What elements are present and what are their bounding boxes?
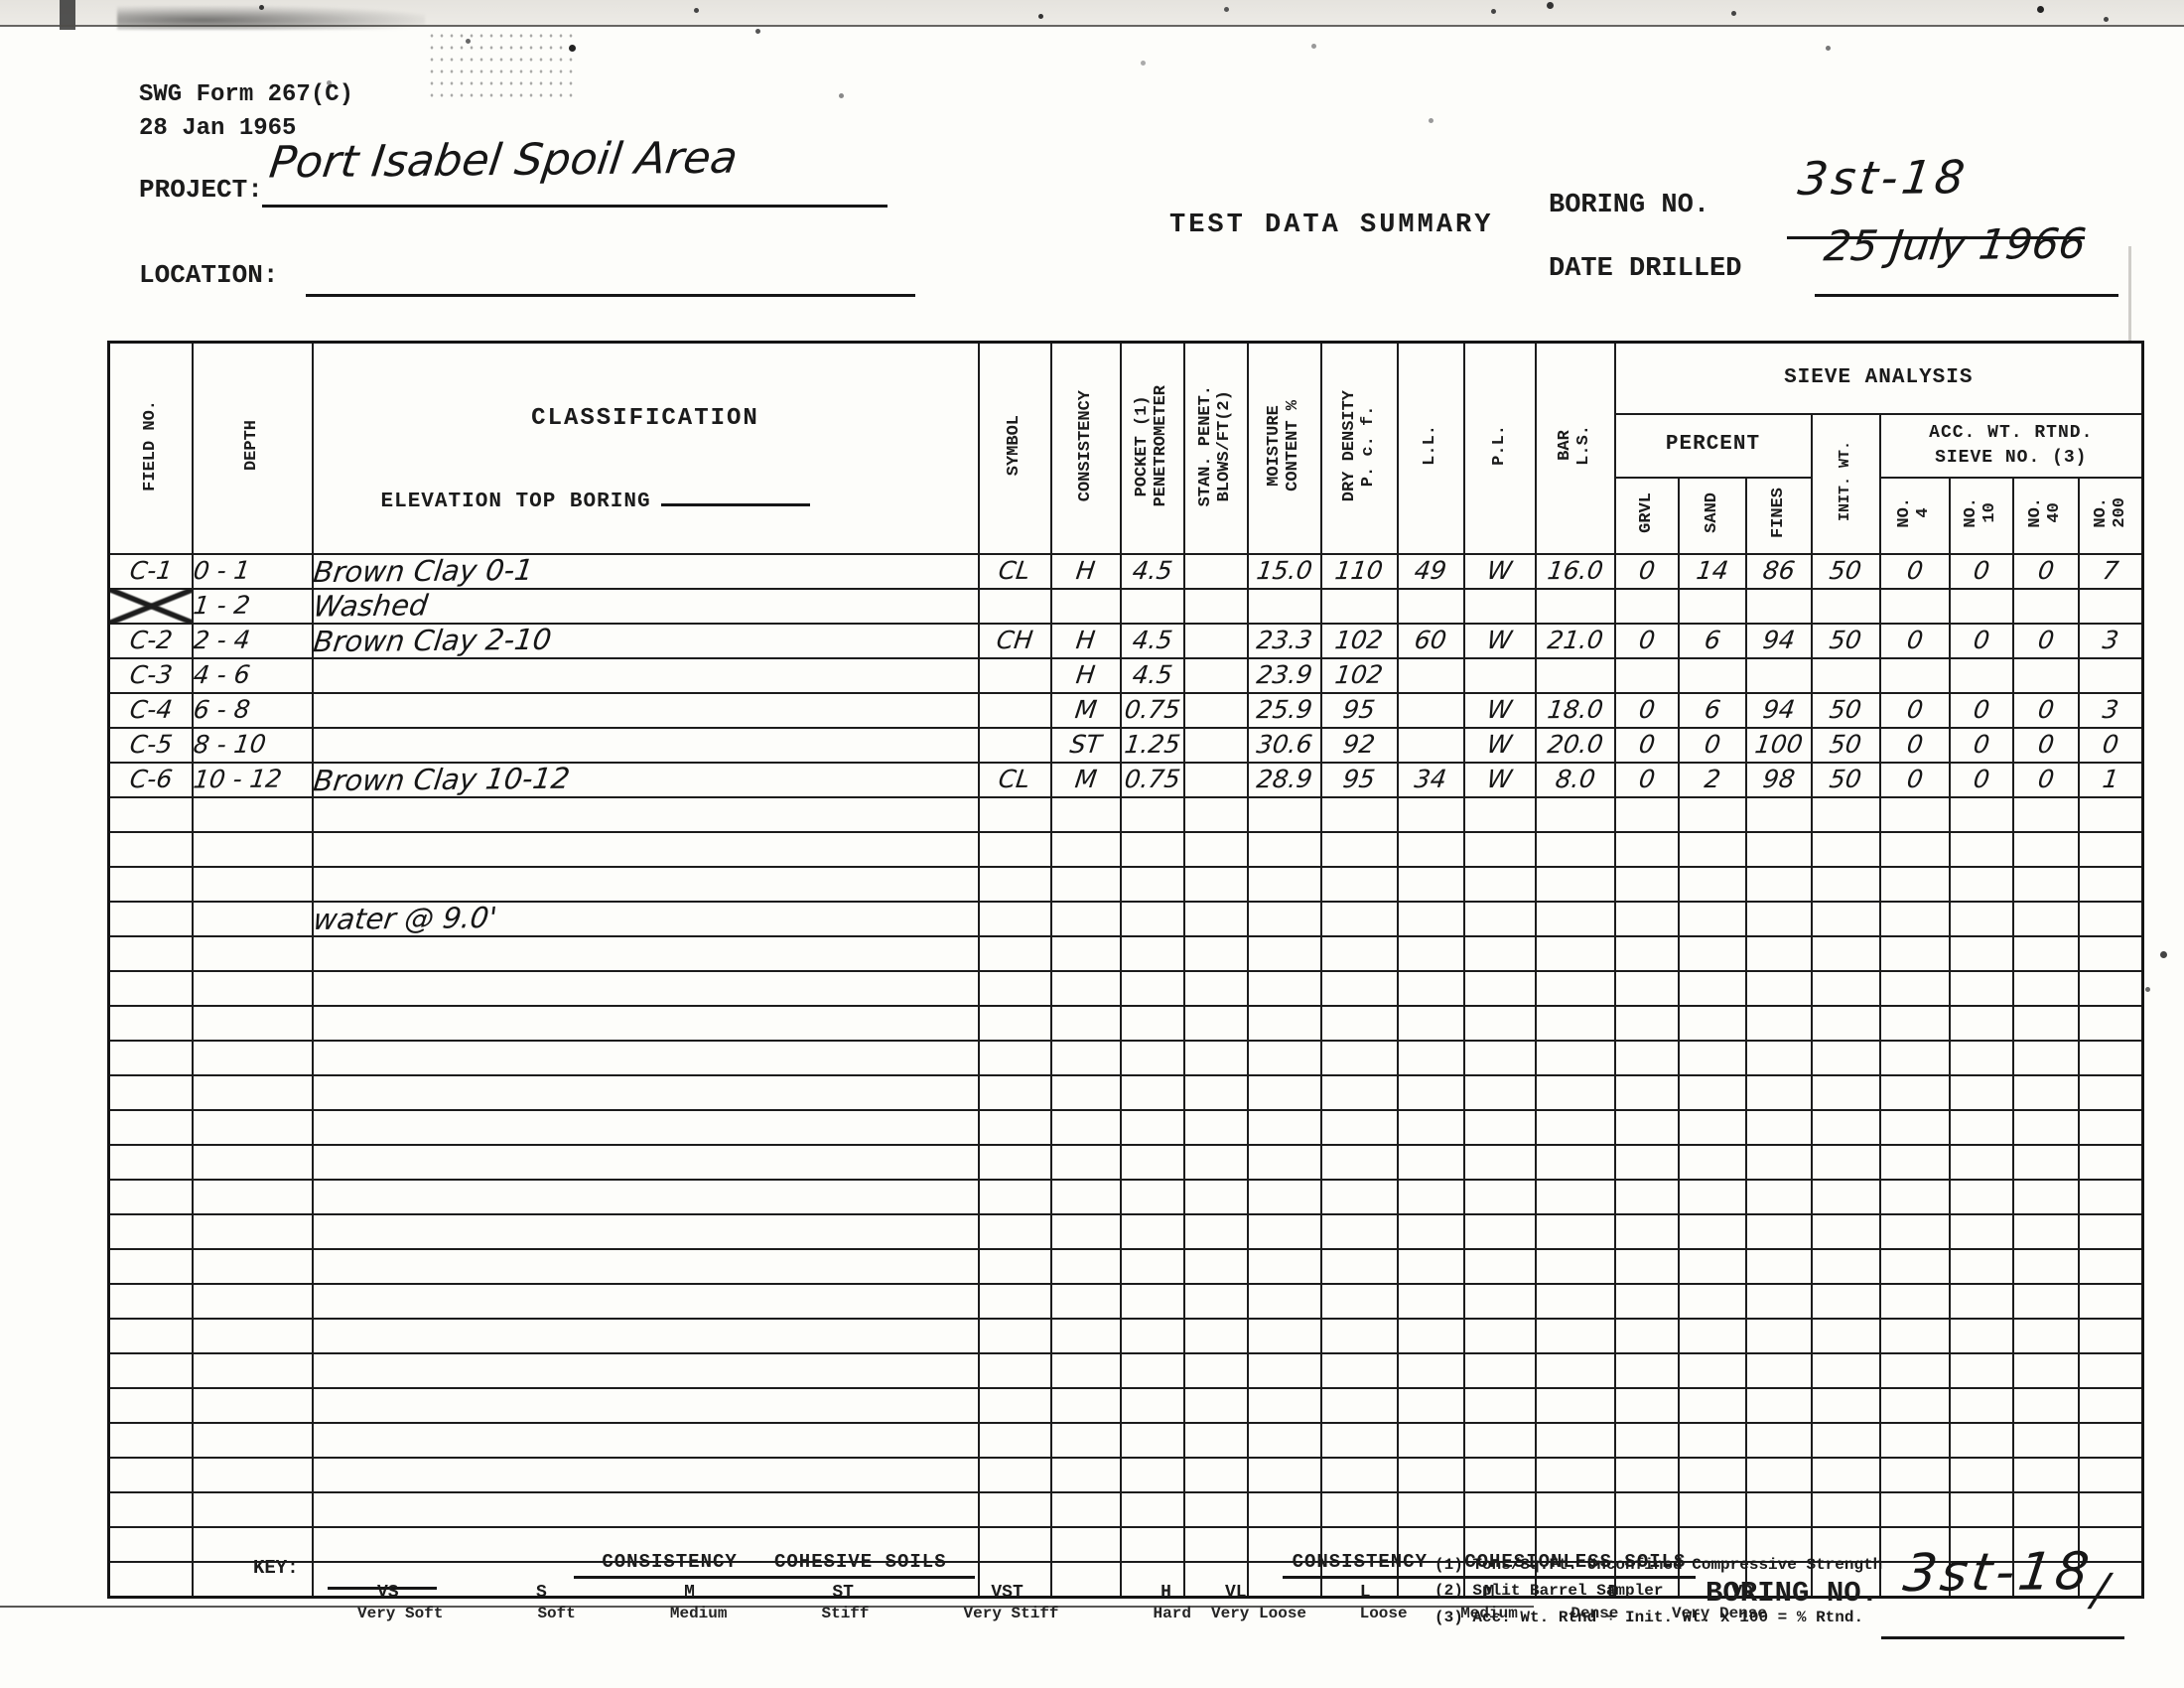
cell-moisture xyxy=(1248,1458,1321,1492)
cell-consistency: M xyxy=(1051,693,1121,728)
cell-moisture xyxy=(1248,589,1321,624)
cell-consistency xyxy=(1051,1110,1121,1145)
cell-field_no xyxy=(109,1527,193,1562)
cell-symbol xyxy=(979,1110,1051,1145)
location-label: LOCATION: xyxy=(139,260,278,290)
cell-bar xyxy=(1536,1180,1615,1214)
cell-init xyxy=(1812,1145,1880,1180)
cell-density xyxy=(1321,1180,1398,1214)
cell-bar xyxy=(1536,1110,1615,1145)
cell-field_no xyxy=(109,1145,193,1180)
cell-no200 xyxy=(2079,971,2143,1006)
table-row xyxy=(109,1110,2143,1145)
handwritten-value: 95 xyxy=(1341,766,1376,793)
cell-pocket xyxy=(1121,589,1184,624)
classification-title: CLASSIFICATION xyxy=(314,405,978,432)
cell-ll xyxy=(1398,693,1464,728)
cell-init xyxy=(1812,1006,1880,1041)
cell-no10 xyxy=(1950,832,2013,867)
cell-density xyxy=(1321,1353,1398,1388)
cell-init xyxy=(1812,1110,1880,1145)
col-header-stan-penet: STAN. PENET. BLOWS/FT(2) xyxy=(1184,343,1248,554)
cell-fines: 86 xyxy=(1746,554,1812,589)
cell-no200 xyxy=(2079,1145,2143,1180)
cell-sand xyxy=(1679,971,1746,1006)
cell-pl xyxy=(1464,1180,1536,1214)
cell-symbol: CL xyxy=(979,763,1051,797)
cell-stan xyxy=(1184,797,1248,832)
cell-classification xyxy=(313,1214,979,1249)
cell-depth xyxy=(193,1423,313,1458)
cell-no10 xyxy=(1950,1075,2013,1110)
cell-stan xyxy=(1184,658,1248,693)
cell-ll xyxy=(1398,658,1464,693)
handwritten-value: 50 xyxy=(1828,696,1862,724)
table-row xyxy=(109,1458,2143,1492)
cell-density xyxy=(1321,1006,1398,1041)
cell-density xyxy=(1321,867,1398,902)
cell-sand xyxy=(1679,1075,1746,1110)
cell-pocket xyxy=(1121,1145,1184,1180)
cell-sand xyxy=(1679,1180,1746,1214)
cell-no200 xyxy=(2079,797,2143,832)
project-underline xyxy=(262,205,887,208)
cell-stan xyxy=(1184,1041,1248,1075)
cell-sand xyxy=(1679,1249,1746,1284)
handwritten-value: 0 xyxy=(1637,696,1657,724)
cell-bar xyxy=(1536,1319,1615,1353)
boring-no-label: BORING NO. xyxy=(1549,191,1709,220)
cell-no40 xyxy=(2013,1075,2079,1110)
handwritten-value: C-2 xyxy=(128,627,174,654)
cell-consistency xyxy=(1051,1006,1121,1041)
handwritten-value: 0 xyxy=(2036,766,2056,793)
cell-fines xyxy=(1746,1075,1812,1110)
cell-no40: 0 xyxy=(2013,693,2079,728)
cell-symbol xyxy=(979,728,1051,763)
handwritten-value: 0.75 xyxy=(1123,766,1181,794)
cell-moisture xyxy=(1248,797,1321,832)
handwritten-value: 6 xyxy=(1703,627,1722,654)
handwritten-value: M xyxy=(1073,696,1098,724)
cell-no4: 0 xyxy=(1880,728,1950,763)
cell-pl xyxy=(1464,1249,1536,1284)
cell-no4 xyxy=(1880,797,1950,832)
elevation-label: ELEVATION TOP BORING xyxy=(381,491,651,513)
cell-classification xyxy=(313,1319,979,1353)
handwritten-value: W xyxy=(1485,557,1513,585)
key-label: KEY: xyxy=(253,1557,299,1579)
cell-pocket xyxy=(1121,797,1184,832)
cell-no200 xyxy=(2079,1041,2143,1075)
handwritten-value: 110 xyxy=(1333,557,1384,585)
consistency-code: VS xyxy=(377,1583,399,1603)
cell-symbol xyxy=(979,1492,1051,1527)
cell-field_no: C-6 xyxy=(109,763,193,797)
cell-init: 50 xyxy=(1812,693,1880,728)
handwritten-value: 0 xyxy=(1637,557,1657,585)
cell-no10: 0 xyxy=(1950,624,2013,658)
handwritten-value: 0 xyxy=(1905,731,1925,759)
cell-grvl xyxy=(1615,867,1679,902)
cell-no10 xyxy=(1950,1006,2013,1041)
cell-bar xyxy=(1536,1075,1615,1110)
cell-bar xyxy=(1536,1041,1615,1075)
handwritten-value: 100 xyxy=(1753,731,1804,759)
cell-symbol xyxy=(979,971,1051,1006)
cell-sand: 0 xyxy=(1679,728,1746,763)
handwritten-value: 1 - 2 xyxy=(192,592,251,621)
consistency-label: Stiff xyxy=(821,1605,869,1622)
cell-consistency xyxy=(1051,1180,1121,1214)
cell-depth xyxy=(193,1041,313,1075)
cell-sand: 6 xyxy=(1679,624,1746,658)
cell-pocket xyxy=(1121,936,1184,971)
cell-depth xyxy=(193,1180,313,1214)
sieve-analysis-header: SIEVE ANALYSIS xyxy=(1615,343,2143,414)
cell-fines xyxy=(1746,1110,1812,1145)
cell-bar: 21.0 xyxy=(1536,624,1615,658)
cell-field_no: C-5 xyxy=(109,728,193,763)
cell-depth xyxy=(193,1319,313,1353)
cell-ll xyxy=(1398,589,1464,624)
cell-no200 xyxy=(2079,1075,2143,1110)
handwritten-value: 0 xyxy=(2036,557,2056,585)
cell-consistency xyxy=(1051,1214,1121,1249)
cell-no4: 0 xyxy=(1880,624,1950,658)
cell-depth xyxy=(193,1284,313,1319)
handwritten-value: 4 - 6 xyxy=(192,661,251,690)
cell-symbol xyxy=(979,1458,1051,1492)
handwritten-value: 0 xyxy=(1637,731,1657,759)
cell-bar: 16.0 xyxy=(1536,554,1615,589)
table-row xyxy=(109,832,2143,867)
cell-stan xyxy=(1184,1353,1248,1388)
cell-moisture xyxy=(1248,1353,1321,1388)
handwritten-value: 23.9 xyxy=(1255,661,1313,690)
cell-fines xyxy=(1746,902,1812,936)
cell-fines xyxy=(1746,1284,1812,1319)
cell-symbol xyxy=(979,1353,1051,1388)
cell-fines xyxy=(1746,658,1812,693)
cell-no200 xyxy=(2079,1249,2143,1284)
table-row xyxy=(109,1353,2143,1388)
cell-grvl xyxy=(1615,1423,1679,1458)
cell-pocket xyxy=(1121,1006,1184,1041)
cell-fines xyxy=(1746,1458,1812,1492)
handwritten-value: 3 xyxy=(2101,627,2120,654)
handwritten-value: 0 xyxy=(1972,731,1991,759)
handwritten-value: 0 xyxy=(2036,627,2056,654)
cell-consistency xyxy=(1051,1249,1121,1284)
handwritten-value: 94 xyxy=(1761,696,1796,724)
cell-moisture: 15.0 xyxy=(1248,554,1321,589)
cell-ll xyxy=(1398,1075,1464,1110)
handwritten-value: 28.9 xyxy=(1255,766,1313,794)
cell-consistency xyxy=(1051,1353,1121,1388)
cell-moisture xyxy=(1248,1041,1321,1075)
cell-grvl xyxy=(1615,1492,1679,1527)
cell-no4 xyxy=(1880,1214,1950,1249)
cell-no10 xyxy=(1950,1353,2013,1388)
cell-classification xyxy=(313,658,979,693)
cell-no40 xyxy=(2013,1492,2079,1527)
cell-field_no xyxy=(109,1423,193,1458)
handwritten-value: ST xyxy=(1068,731,1103,759)
consistency-label: Loose xyxy=(1360,1605,1408,1622)
cell-classification: Brown Clay 2-10 xyxy=(313,624,979,658)
cell-density xyxy=(1321,589,1398,624)
consistency-code: L xyxy=(1360,1583,1371,1603)
handwritten-value: 0.75 xyxy=(1123,696,1181,725)
handwritten-value: 0 xyxy=(1972,627,1991,654)
cell-no4: 0 xyxy=(1880,554,1950,589)
cell-symbol: CH xyxy=(979,624,1051,658)
cell-consistency xyxy=(1051,1423,1121,1458)
table-row xyxy=(109,1041,2143,1075)
cell-classification: Washed xyxy=(313,589,979,624)
cell-ll xyxy=(1398,797,1464,832)
cell-sand xyxy=(1679,1492,1746,1527)
cell-symbol xyxy=(979,1214,1051,1249)
cell-depth: 0 - 1 xyxy=(193,554,313,589)
cell-pl xyxy=(1464,1145,1536,1180)
cell-no10 xyxy=(1950,1284,2013,1319)
cell-density xyxy=(1321,1041,1398,1075)
col-header-no10: NO. 10 xyxy=(1950,478,2013,554)
consistency-code: VST xyxy=(991,1583,1023,1603)
cell-no10 xyxy=(1950,1041,2013,1075)
cell-consistency xyxy=(1051,589,1121,624)
col-header-classification: CLASSIFICATION ELEVATION TOP BORING xyxy=(313,343,979,554)
cell-pocket xyxy=(1121,1214,1184,1249)
handwritten-value: W xyxy=(1485,766,1513,793)
cell-moisture: 23.9 xyxy=(1248,658,1321,693)
cell-init: 50 xyxy=(1812,763,1880,797)
cell-stan xyxy=(1184,1388,1248,1423)
table-body: C-10 - 1Brown Clay 0-1CLH4.515.011049W16… xyxy=(109,554,2143,1598)
cell-pl: W xyxy=(1464,554,1536,589)
cell-consistency xyxy=(1051,1041,1121,1075)
table-row xyxy=(109,1284,2143,1319)
cell-grvl xyxy=(1615,1214,1679,1249)
handwritten-value: 2 xyxy=(1703,766,1722,793)
cell-ll: 34 xyxy=(1398,763,1464,797)
cell-field_no xyxy=(109,797,193,832)
consistency-code: M xyxy=(684,1583,695,1603)
cell-depth xyxy=(193,971,313,1006)
cell-no4 xyxy=(1880,936,1950,971)
cell-no10 xyxy=(1950,658,2013,693)
cell-no40 xyxy=(2013,1353,2079,1388)
test-data-table: FIELD NO. DEPTH CLASSIFICATION ELEVATION… xyxy=(107,341,2144,1599)
handwritten-value: W xyxy=(1485,731,1513,759)
cell-sand: 6 xyxy=(1679,693,1746,728)
col-header-no200: NO. 200 xyxy=(2079,478,2143,554)
cell-moisture xyxy=(1248,1006,1321,1041)
cell-classification xyxy=(313,1075,979,1110)
handwritten-value: 94 xyxy=(1761,627,1796,654)
cell-init xyxy=(1812,1319,1880,1353)
handwritten-value: 0 xyxy=(1972,766,1991,793)
cell-pl xyxy=(1464,936,1536,971)
acc-wt-rtnd-header: ACC. WT. RTND. SIEVE NO. (3) xyxy=(1880,414,2143,478)
cell-moisture xyxy=(1248,1492,1321,1527)
cell-symbol xyxy=(979,1075,1051,1110)
cell-stan xyxy=(1184,902,1248,936)
cell-pocket xyxy=(1121,971,1184,1006)
cell-pocket: 1.25 xyxy=(1121,728,1184,763)
cell-grvl xyxy=(1615,832,1679,867)
cell-moisture xyxy=(1248,832,1321,867)
cell-depth xyxy=(193,1388,313,1423)
cell-no4 xyxy=(1880,902,1950,936)
cell-consistency xyxy=(1051,1145,1121,1180)
cell-stan xyxy=(1184,1249,1248,1284)
cell-grvl xyxy=(1615,971,1679,1006)
cell-sand xyxy=(1679,1319,1746,1353)
cell-ll xyxy=(1398,1423,1464,1458)
cell-bar xyxy=(1536,658,1615,693)
cell-ll xyxy=(1398,1492,1464,1527)
cell-field_no xyxy=(109,1180,193,1214)
cell-no200 xyxy=(2079,1423,2143,1458)
cell-moisture xyxy=(1248,902,1321,936)
handwritten-value: 34 xyxy=(1413,766,1447,793)
cell-pocket xyxy=(1121,1075,1184,1110)
cell-no40 xyxy=(2013,867,2079,902)
cell-ll xyxy=(1398,1006,1464,1041)
cell-pocket xyxy=(1121,902,1184,936)
cell-classification xyxy=(313,1249,979,1284)
cell-sand xyxy=(1679,1423,1746,1458)
cell-pl xyxy=(1464,832,1536,867)
table-row xyxy=(109,971,2143,1006)
cell-no40 xyxy=(2013,1388,2079,1423)
cell-init: 50 xyxy=(1812,554,1880,589)
cell-init xyxy=(1812,1388,1880,1423)
cell-pocket: 4.5 xyxy=(1121,624,1184,658)
cell-no4 xyxy=(1880,1180,1950,1214)
cell-symbol xyxy=(979,589,1051,624)
cell-ll xyxy=(1398,1388,1464,1423)
col-header-grvl: GRVL xyxy=(1615,478,1679,554)
handwritten-value: 0 xyxy=(1637,766,1657,793)
cell-moisture xyxy=(1248,1423,1321,1458)
cell-no40 xyxy=(2013,797,2079,832)
cell-consistency xyxy=(1051,1284,1121,1319)
cell-field_no xyxy=(109,1249,193,1284)
cell-no40 xyxy=(2013,1284,2079,1319)
cell-pl xyxy=(1464,1110,1536,1145)
col-header-ll: L.L. xyxy=(1398,343,1464,554)
cell-stan xyxy=(1184,1492,1248,1527)
cell-ll xyxy=(1398,1284,1464,1319)
cell-no200 xyxy=(2079,1284,2143,1319)
cell-init xyxy=(1812,1458,1880,1492)
cell-bar xyxy=(1536,1388,1615,1423)
cell-grvl: 0 xyxy=(1615,728,1679,763)
footer-boring-underline xyxy=(1881,1636,2124,1639)
cell-density xyxy=(1321,1492,1398,1527)
handwritten-value: water @ 9.0' xyxy=(312,904,498,933)
cell-grvl xyxy=(1615,1388,1679,1423)
cell-symbol xyxy=(979,832,1051,867)
cell-fines xyxy=(1746,1180,1812,1214)
cell-moisture xyxy=(1248,867,1321,902)
cell-no40 xyxy=(2013,589,2079,624)
cell-consistency xyxy=(1051,1458,1121,1492)
cell-sand xyxy=(1679,936,1746,971)
cell-init xyxy=(1812,1284,1880,1319)
cell-no10: 0 xyxy=(1950,554,2013,589)
cell-grvl: 0 xyxy=(1615,554,1679,589)
handwritten-value: 0 xyxy=(1905,696,1925,724)
cell-bar: 8.0 xyxy=(1536,763,1615,797)
handwritten-value: 0 xyxy=(1905,557,1925,585)
handwritten-value: 20.0 xyxy=(1546,731,1604,760)
cell-density: 102 xyxy=(1321,658,1398,693)
cell-ll xyxy=(1398,728,1464,763)
cell-field_no: C-2 xyxy=(109,624,193,658)
cell-stan xyxy=(1184,1110,1248,1145)
cell-no40 xyxy=(2013,971,2079,1006)
cell-bar xyxy=(1536,1353,1615,1388)
cell-init xyxy=(1812,797,1880,832)
cell-symbol xyxy=(979,658,1051,693)
consistency-label: Medium xyxy=(670,1605,728,1622)
handwritten-value: W xyxy=(1485,627,1513,654)
cell-pocket xyxy=(1121,1249,1184,1284)
cell-depth xyxy=(193,1458,313,1492)
table-row xyxy=(109,1075,2143,1110)
consistency-label: Very Soft xyxy=(357,1605,443,1622)
cell-init xyxy=(1812,867,1880,902)
cell-no4: 0 xyxy=(1880,693,1950,728)
cell-moisture xyxy=(1248,971,1321,1006)
cell-no4 xyxy=(1880,1110,1950,1145)
cell-density xyxy=(1321,1458,1398,1492)
cell-no200: 7 xyxy=(2079,554,2143,589)
cell-consistency xyxy=(1051,832,1121,867)
cell-no40 xyxy=(2013,1249,2079,1284)
cell-depth xyxy=(193,902,313,936)
cell-no10 xyxy=(1950,1423,2013,1458)
consistency-code: VL xyxy=(1225,1583,1247,1603)
cell-no40 xyxy=(2013,1006,2079,1041)
cell-pocket xyxy=(1121,1041,1184,1075)
cell-density xyxy=(1321,1319,1398,1353)
cell-density: 102 xyxy=(1321,624,1398,658)
cell-stan xyxy=(1184,867,1248,902)
handwritten-value: CL xyxy=(997,766,1031,793)
cell-sand xyxy=(1679,1110,1746,1145)
cell-bar xyxy=(1536,1249,1615,1284)
cell-consistency xyxy=(1051,867,1121,902)
cell-pl xyxy=(1464,1284,1536,1319)
handwritten-value: 50 xyxy=(1828,766,1862,793)
cell-no200 xyxy=(2079,867,2143,902)
cell-pocket xyxy=(1121,867,1184,902)
cell-classification xyxy=(313,1145,979,1180)
cell-depth: 10 - 12 xyxy=(193,763,313,797)
cell-depth xyxy=(193,867,313,902)
handwritten-value: 4.5 xyxy=(1131,661,1173,689)
cell-pl xyxy=(1464,1214,1536,1249)
cell-grvl: 0 xyxy=(1615,763,1679,797)
cell-init xyxy=(1812,936,1880,971)
table-row xyxy=(109,1319,2143,1353)
